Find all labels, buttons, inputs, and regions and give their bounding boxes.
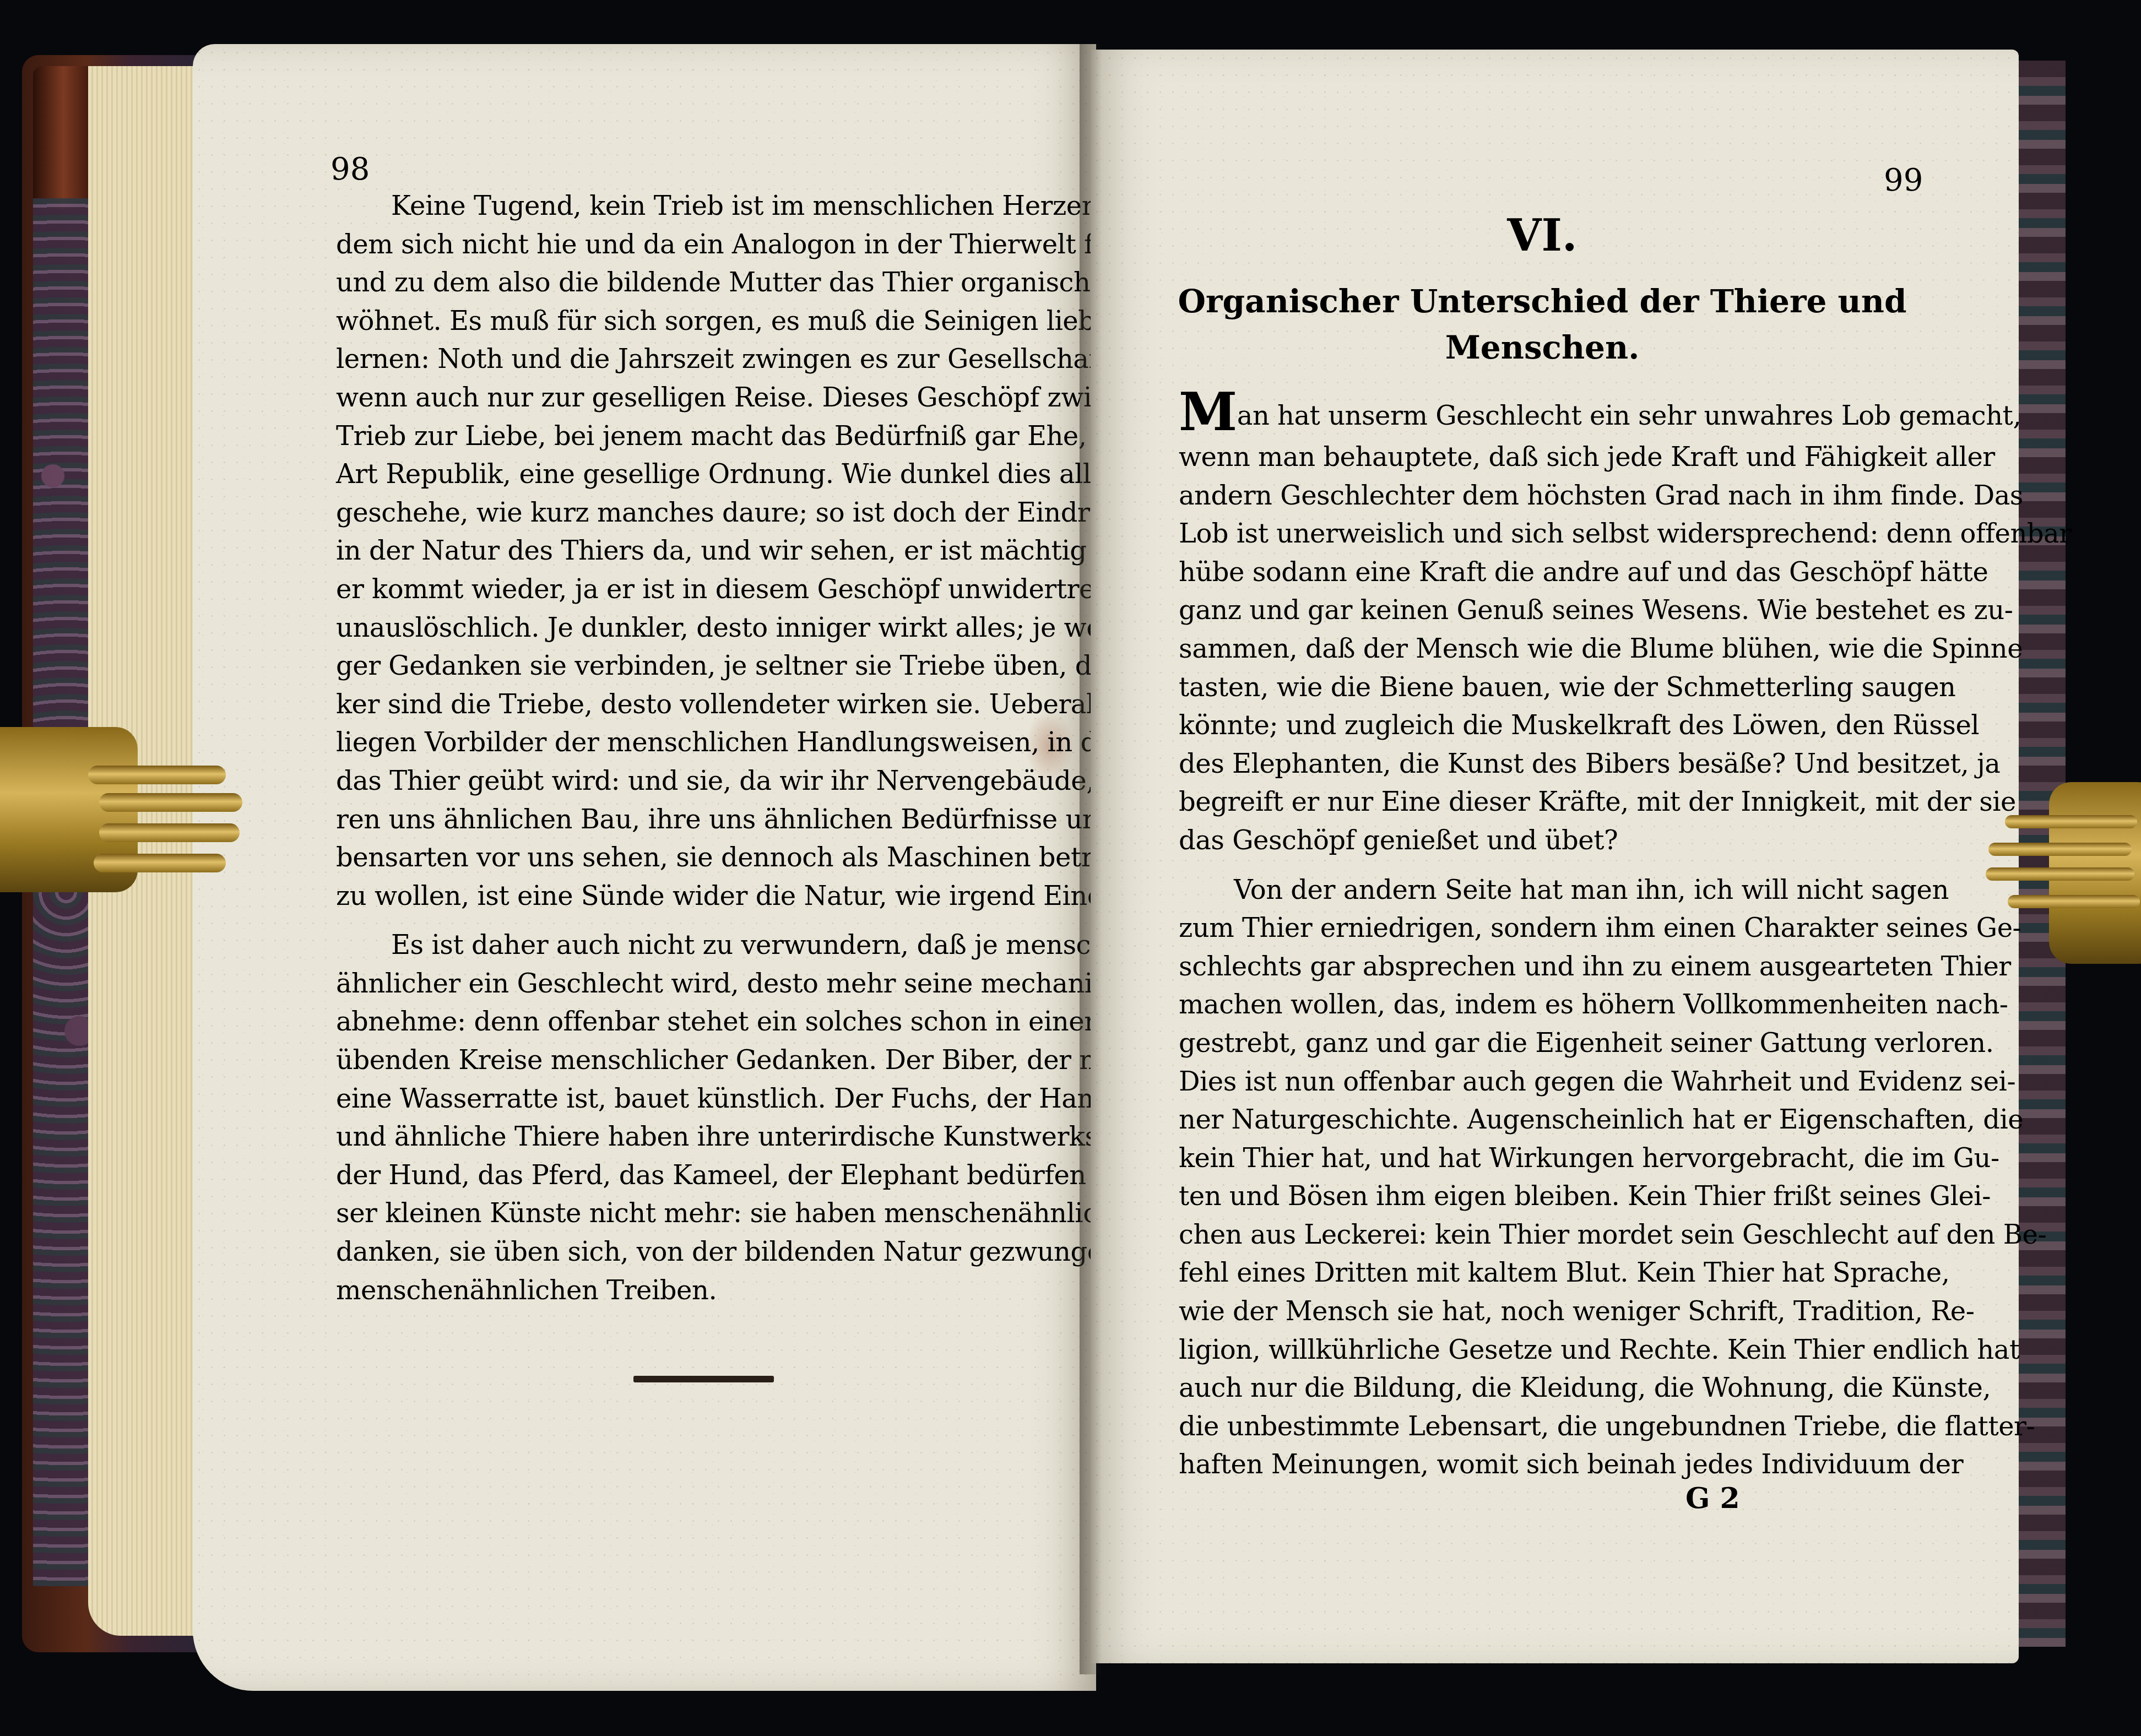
brass-hand-icon [0, 683, 242, 947]
drop-cap: M [1179, 381, 1237, 443]
page-number-left: 98 [330, 151, 370, 187]
text-line: Lob ist unerweislich und sich selbst wid… [1179, 515, 1898, 554]
text-line: ähnlicher ein Geschlecht wird, desto meh… [336, 965, 1052, 1003]
text-line: könnte; und zugleich die Muskelkraft des… [1179, 707, 1898, 745]
text-line: abnehme: denn offenbar stehet ein solche… [336, 1003, 1052, 1041]
text-line: das Geschöpf genießet und übet? [1179, 822, 1898, 860]
book-photo: 98 Keine Tugend, kein Trieb ist im mensc… [0, 0, 2141, 1736]
text-line: übenden Kreise menschlicher Gedanken. De… [336, 1041, 1052, 1080]
text-line: tasten, wie die Biene bauen, wie der Sch… [1179, 669, 1898, 707]
text-line: liegen Vorbilder der menschlichen Handlu… [336, 724, 1052, 762]
text-line: Man hat unserm Geschlecht ein sehr unwah… [1179, 386, 1898, 438]
paragraph-gap [336, 915, 1052, 926]
text-line: unauslöschlich. Je dunkler, desto innige… [336, 609, 1052, 648]
text-line: wie der Mensch sie hat, noch weniger Sch… [1179, 1293, 1898, 1331]
text-line: ligion, willkührliche Gesetze und Rechte… [1179, 1331, 1898, 1370]
leather-spine-corner [33, 66, 94, 209]
book-gutter [1080, 44, 1102, 1674]
text-line: lernen: Noth und die Jahrszeit zwingen e… [336, 340, 1052, 379]
text-line: wenn auch nur zur geselligen Reise. Dies… [336, 379, 1052, 417]
text-line: haften Meinungen, womit sich beinah jede… [1179, 1446, 1898, 1484]
page-number-right: 99 [1884, 162, 1923, 198]
text-line: er kommt wieder, ja er ist in diesem Ges… [336, 571, 1052, 609]
text-line: hübe sodann eine Kraft die andre auf und… [1179, 554, 1898, 592]
brass-hand-icon [1983, 771, 2141, 980]
text-line: ner Naturgeschichte. Augenscheinlich hat… [1179, 1101, 1898, 1140]
chapter-number: VI. [1129, 209, 1955, 261]
text-line: machen wollen, das, indem es höhern Voll… [1179, 986, 1898, 1024]
text-line: wenn man behauptete, daß sich jede Kraft… [1179, 438, 1898, 477]
chapter-title-line: Menschen. [1129, 324, 1955, 371]
text-line: ten und Bösen ihm eigen bleiben. Kein Th… [1179, 1178, 1898, 1216]
text-line: ser kleinen Künste nicht mehr: sie haben… [336, 1195, 1052, 1233]
text-line: das Thier geübt wird: und sie, da wir ih… [336, 762, 1052, 801]
text-line-rest: an hat unserm Geschlecht ein sehr unwahr… [1237, 400, 2021, 431]
paragraph-gap [1179, 860, 1898, 871]
text-line: fehl eines Dritten mit kaltem Blut. Kein… [1179, 1254, 1898, 1293]
signature-mark: G 2 [1685, 1482, 1740, 1515]
text-line: chen aus Leckerei: kein Thier mordet sei… [1179, 1216, 1898, 1255]
text-line: ren uns ähnlichen Bau, ihre uns ähnliche… [336, 801, 1052, 839]
text-line: eine Wasserratte ist, bauet künstlich. D… [336, 1080, 1052, 1119]
text-line: geschehe, wie kurz manches daure; so ist… [336, 494, 1052, 533]
text-line: gestrebt, ganz und gar die Eigenheit sei… [1179, 1024, 1898, 1063]
text-line: Art Republik, eine gesellige Ordnung. Wi… [336, 455, 1052, 494]
text-line: kein Thier hat, und hat Wirkungen hervor… [1179, 1140, 1898, 1178]
text-line: dem sich nicht hie und da ein Analogon i… [336, 226, 1052, 264]
text-line: in der Natur des Thiers da, und wir sehe… [336, 532, 1052, 571]
text-line: auch nur die Bildung, die Kleidung, die … [1179, 1369, 1898, 1408]
chapter-title: Organischer Unterschied der Thiere und M… [1129, 278, 1955, 371]
right-page-body: Man hat unserm Geschlecht ein sehr unwah… [1179, 386, 1898, 1484]
text-line: andern Geschlechter dem höchsten Grad na… [1179, 477, 1898, 516]
left-page-body: Keine Tugend, kein Trieb ist im menschli… [336, 187, 1052, 1310]
text-line: schlechts gar absprechen und ihn zu eine… [1179, 948, 1898, 986]
text-line: Trieb zur Liebe, bei jenem macht das Bed… [336, 417, 1052, 456]
text-line: begreift er nur Eine dieser Kräfte, mit … [1179, 783, 1898, 822]
text-line: danken, sie üben sich, von der bildenden… [336, 1233, 1052, 1272]
text-line: Dies ist nun offenbar auch gegen die Wah… [1179, 1063, 1898, 1102]
text-line: des Elephanten, die Kunst des Bibers bes… [1179, 745, 1898, 784]
section-end-rule [633, 1376, 774, 1382]
text-line: menschenähnlichen Treiben. [336, 1272, 1052, 1310]
text-line: wöhnet. Es muß für sich sorgen, es muß d… [336, 302, 1052, 341]
text-line: Keine Tugend, kein Trieb ist im menschli… [336, 187, 1052, 226]
text-line: und ähnliche Thiere haben ihre unterirdi… [336, 1118, 1052, 1157]
text-line: ganz und gar keinen Genuß seines Wesens.… [1179, 592, 1898, 630]
text-line: Von der andern Seite hat man ihn, ich wi… [1179, 871, 1898, 910]
text-line: bensarten vor uns sehen, sie dennoch als… [336, 839, 1052, 877]
text-line: die unbestimmte Lebensart, die ungebundn… [1179, 1408, 1898, 1446]
chapter-title-line: Organischer Unterschied der Thiere und [1129, 278, 1955, 324]
text-line: zum Thier erniedrigen, sondern ihm einen… [1179, 909, 1898, 948]
text-line: sammen, daß der Mensch wie die Blume blü… [1179, 630, 1898, 669]
text-line: ker sind die Triebe, desto vollendeter w… [336, 686, 1052, 724]
text-line: zu wollen, ist eine Sünde wider die Natu… [336, 877, 1052, 916]
text-line: und zu dem also die bildende Mutter das … [336, 264, 1052, 302]
text-line: ger Gedanken sie verbinden, je seltner s… [336, 647, 1052, 686]
text-line: Es ist daher auch nicht zu verwundern, d… [336, 926, 1052, 965]
text-line: der Hund, das Pferd, das Kameel, der Ele… [336, 1157, 1052, 1195]
